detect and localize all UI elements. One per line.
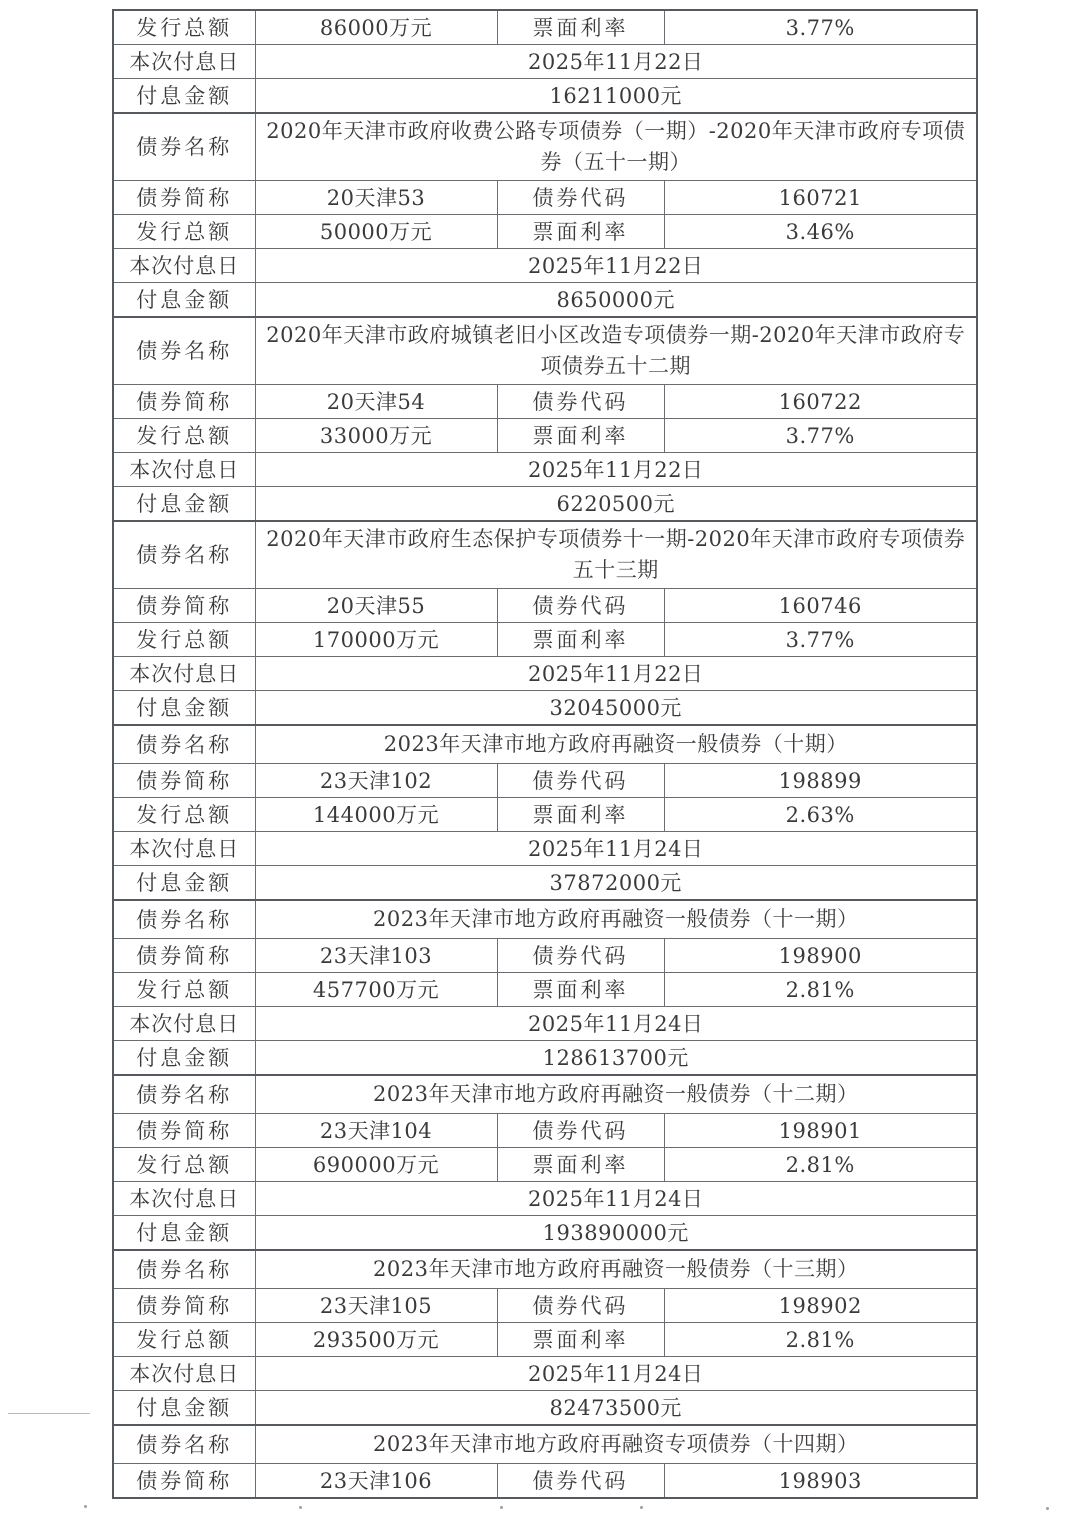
table-row-pay-amount: 付息金额 37872000元	[113, 866, 977, 901]
issue-total-value: 33000万元	[255, 419, 497, 453]
label-bond-name: 债券名称	[113, 1075, 255, 1114]
bond-code-value: 198903	[664, 1464, 977, 1499]
table-row-issue-total: 发行总额 50000万元 票面利率 3.46%	[113, 215, 977, 249]
coupon-rate-value: 2.81%	[664, 1148, 977, 1182]
label-pay-date: 本次付息日	[113, 1357, 255, 1391]
label-issue-total: 发行总额	[113, 973, 255, 1007]
label-bond-name: 债券名称	[113, 1250, 255, 1289]
bond-code-value: 160746	[664, 589, 977, 623]
bond-name-value: 2023年天津市地方政府再融资一般债券（十期）	[255, 725, 977, 764]
label-pay-amount: 付息金额	[113, 1041, 255, 1076]
label-bond-code: 债券代码	[497, 1114, 664, 1148]
label-short-name: 债券简称	[113, 181, 255, 215]
table-row-bond-name: 债券名称 2020年天津市政府城镇老旧小区改造专项债券一期-2020年天津市政府…	[113, 317, 977, 385]
bond-name-value: 2020年天津市政府城镇老旧小区改造专项债券一期-2020年天津市政府专项债券五…	[255, 317, 977, 385]
label-issue-total: 发行总额	[113, 419, 255, 453]
label-issue-total: 发行总额	[113, 798, 255, 832]
label-short-name: 债券简称	[113, 1114, 255, 1148]
label-issue-total: 发行总额	[113, 10, 255, 45]
pay-date-value: 2025年11月22日	[255, 657, 977, 691]
table-row-issue-total: 发行总额 690000万元 票面利率 2.81%	[113, 1148, 977, 1182]
short-name-value: 20天津54	[255, 385, 497, 419]
pay-amount-value: 193890000元	[255, 1216, 977, 1251]
pay-date-value: 2025年11月24日	[255, 1182, 977, 1216]
short-name-value: 23天津106	[255, 1464, 497, 1499]
table-row-pay-date: 本次付息日 2025年11月24日	[113, 1007, 977, 1041]
short-name-value: 20天津53	[255, 181, 497, 215]
label-pay-date: 本次付息日	[113, 1007, 255, 1041]
issue-total-value: 50000万元	[255, 215, 497, 249]
pay-date-value: 2025年11月24日	[255, 832, 977, 866]
scan-speck	[500, 1506, 503, 1509]
label-bond-name: 债券名称	[113, 521, 255, 589]
label-pay-date: 本次付息日	[113, 832, 255, 866]
table-row-issue-total: 发行总额 86000万元 票面利率 3.77%	[113, 10, 977, 45]
margin-mark	[8, 1413, 90, 1414]
coupon-rate-value: 2.81%	[664, 1323, 977, 1357]
label-pay-amount: 付息金额	[113, 487, 255, 522]
table-row-pay-date: 本次付息日 2025年11月24日	[113, 832, 977, 866]
label-bond-code: 债券代码	[497, 1289, 664, 1323]
short-name-value: 23天津102	[255, 764, 497, 798]
table-row-pay-amount: 付息金额 82473500元	[113, 1391, 977, 1426]
label-pay-amount: 付息金额	[113, 1216, 255, 1251]
table-row-pay-amount: 付息金额 16211000元	[113, 79, 977, 114]
table-row-short-name: 债券简称 23天津102 债券代码 198899	[113, 764, 977, 798]
bond-name-value: 2023年天津市地方政府再融资专项债券（十四期）	[255, 1425, 977, 1464]
label-bond-code: 债券代码	[497, 181, 664, 215]
short-name-value: 23天津104	[255, 1114, 497, 1148]
coupon-rate-value: 2.63%	[664, 798, 977, 832]
issue-total-value: 170000万元	[255, 623, 497, 657]
label-issue-total: 发行总额	[113, 623, 255, 657]
table-row-pay-amount: 付息金额 128613700元	[113, 1041, 977, 1076]
label-pay-amount: 付息金额	[113, 283, 255, 318]
label-bond-name: 债券名称	[113, 900, 255, 939]
table-row-issue-total: 发行总额 33000万元 票面利率 3.77%	[113, 419, 977, 453]
label-coupon-rate: 票面利率	[497, 10, 664, 45]
label-short-name: 债券简称	[113, 764, 255, 798]
scan-speck	[299, 1506, 302, 1509]
table-row-short-name: 债券简称 20天津55 债券代码 160746	[113, 589, 977, 623]
bond-name-value: 2023年天津市地方政府再融资一般债券（十二期）	[255, 1075, 977, 1114]
pay-date-value: 2025年11月22日	[255, 45, 977, 79]
table-row-short-name: 债券简称 23天津106 债券代码 198903	[113, 1464, 977, 1499]
bond-code-value: 160721	[664, 181, 977, 215]
table-row-pay-amount: 付息金额 193890000元	[113, 1216, 977, 1251]
label-coupon-rate: 票面利率	[497, 973, 664, 1007]
table-row-issue-total: 发行总额 144000万元 票面利率 2.63%	[113, 798, 977, 832]
label-bond-name: 债券名称	[113, 1425, 255, 1464]
bond-interest-table: 发行总额 86000万元 票面利率 3.77% 本次付息日 2025年11月22…	[112, 9, 978, 1499]
coupon-rate-value: 3.46%	[664, 215, 977, 249]
scan-speck	[84, 1505, 87, 1508]
table-row-short-name: 债券简称 23天津104 债券代码 198901	[113, 1114, 977, 1148]
coupon-rate-value: 3.77%	[664, 10, 977, 45]
table-row-bond-name: 债券名称 2023年天津市地方政府再融资一般债券（十三期）	[113, 1250, 977, 1289]
pay-date-value: 2025年11月24日	[255, 1357, 977, 1391]
table-row-bond-name: 债券名称 2020年天津市政府生态保护专项债券十一期-2020年天津市政府专项债…	[113, 521, 977, 589]
label-issue-total: 发行总额	[113, 215, 255, 249]
table-row-bond-name: 债券名称 2023年天津市地方政府再融资专项债券（十四期）	[113, 1425, 977, 1464]
table-row-bond-name: 债券名称 2023年天津市地方政府再融资一般债券（十一期）	[113, 900, 977, 939]
label-bond-code: 债券代码	[497, 764, 664, 798]
label-bond-code: 债券代码	[497, 1464, 664, 1499]
pay-date-value: 2025年11月22日	[255, 453, 977, 487]
label-pay-date: 本次付息日	[113, 249, 255, 283]
pay-date-value: 2025年11月22日	[255, 249, 977, 283]
label-coupon-rate: 票面利率	[497, 419, 664, 453]
label-bond-name: 债券名称	[113, 317, 255, 385]
issue-total-value: 293500万元	[255, 1323, 497, 1357]
bond-code-value: 198900	[664, 939, 977, 973]
label-pay-date: 本次付息日	[113, 45, 255, 79]
label-coupon-rate: 票面利率	[497, 623, 664, 657]
table-row-pay-date: 本次付息日 2025年11月22日	[113, 45, 977, 79]
coupon-rate-value: 3.77%	[664, 623, 977, 657]
pay-amount-value: 128613700元	[255, 1041, 977, 1076]
table-row-short-name: 债券简称 20天津53 债券代码 160721	[113, 181, 977, 215]
bond-code-value: 198902	[664, 1289, 977, 1323]
label-issue-total: 发行总额	[113, 1323, 255, 1357]
table-row-bond-name: 债券名称 2023年天津市地方政府再融资一般债券（十期）	[113, 725, 977, 764]
table-row-pay-amount: 付息金额 8650000元	[113, 283, 977, 318]
issue-total-value: 86000万元	[255, 10, 497, 45]
short-name-value: 23天津105	[255, 1289, 497, 1323]
label-pay-amount: 付息金额	[113, 1391, 255, 1426]
label-pay-date: 本次付息日	[113, 1182, 255, 1216]
label-bond-code: 债券代码	[497, 385, 664, 419]
label-short-name: 债券简称	[113, 385, 255, 419]
coupon-rate-value: 2.81%	[664, 973, 977, 1007]
label-bond-name: 债券名称	[113, 113, 255, 181]
pay-amount-value: 16211000元	[255, 79, 977, 114]
bond-name-value: 2020年天津市政府生态保护专项债券十一期-2020年天津市政府专项债券五十三期	[255, 521, 977, 589]
label-issue-total: 发行总额	[113, 1148, 255, 1182]
bond-name-value: 2023年天津市地方政府再融资一般债券（十一期）	[255, 900, 977, 939]
coupon-rate-value: 3.77%	[664, 419, 977, 453]
table-row-pay-amount: 付息金额 32045000元	[113, 691, 977, 726]
label-pay-date: 本次付息日	[113, 453, 255, 487]
pay-date-value: 2025年11月24日	[255, 1007, 977, 1041]
bond-name-value: 2023年天津市地方政府再融资一般债券（十三期）	[255, 1250, 977, 1289]
table-row-bond-name: 债券名称 2023年天津市地方政府再融资一般债券（十二期）	[113, 1075, 977, 1114]
label-pay-amount: 付息金额	[113, 691, 255, 726]
label-pay-amount: 付息金额	[113, 866, 255, 901]
issue-total-value: 144000万元	[255, 798, 497, 832]
table-row-bond-name: 债券名称 2020年天津市政府收费公路专项债券（一期）-2020年天津市政府专项…	[113, 113, 977, 181]
table-row-issue-total: 发行总额 293500万元 票面利率 2.81%	[113, 1323, 977, 1357]
label-bond-code: 债券代码	[497, 939, 664, 973]
issue-total-value: 457700万元	[255, 973, 497, 1007]
short-name-value: 23天津103	[255, 939, 497, 973]
label-short-name: 债券简称	[113, 939, 255, 973]
pay-amount-value: 6220500元	[255, 487, 977, 522]
label-pay-amount: 付息金额	[113, 79, 255, 114]
table-row-short-name: 债券简称 23天津105 债券代码 198902	[113, 1289, 977, 1323]
table-row-pay-date: 本次付息日 2025年11月22日	[113, 657, 977, 691]
bond-code-value: 198901	[664, 1114, 977, 1148]
label-short-name: 债券简称	[113, 1289, 255, 1323]
bond-code-value: 160722	[664, 385, 977, 419]
scan-speck	[1046, 1507, 1049, 1510]
bond-name-value: 2020年天津市政府收费公路专项债券（一期）-2020年天津市政府专项债券（五十…	[255, 113, 977, 181]
pay-amount-value: 82473500元	[255, 1391, 977, 1426]
table-row-pay-date: 本次付息日 2025年11月24日	[113, 1182, 977, 1216]
bond-code-value: 198899	[664, 764, 977, 798]
table-row-short-name: 债券简称 23天津103 债券代码 198900	[113, 939, 977, 973]
label-bond-name: 债券名称	[113, 725, 255, 764]
table-row-issue-total: 发行总额 457700万元 票面利率 2.81%	[113, 973, 977, 1007]
table-row-pay-date: 本次付息日 2025年11月24日	[113, 1357, 977, 1391]
scan-speck	[640, 1506, 643, 1509]
label-coupon-rate: 票面利率	[497, 798, 664, 832]
label-short-name: 债券简称	[113, 589, 255, 623]
table-row-pay-amount: 付息金额 6220500元	[113, 487, 977, 522]
short-name-value: 20天津55	[255, 589, 497, 623]
label-bond-code: 债券代码	[497, 589, 664, 623]
label-short-name: 债券简称	[113, 1464, 255, 1499]
table-row-short-name: 债券简称 20天津54 债券代码 160722	[113, 385, 977, 419]
pay-amount-value: 37872000元	[255, 866, 977, 901]
pay-amount-value: 32045000元	[255, 691, 977, 726]
table-row-pay-date: 本次付息日 2025年11月22日	[113, 249, 977, 283]
pay-amount-value: 8650000元	[255, 283, 977, 318]
label-pay-date: 本次付息日	[113, 657, 255, 691]
issue-total-value: 690000万元	[255, 1148, 497, 1182]
label-coupon-rate: 票面利率	[497, 215, 664, 249]
label-coupon-rate: 票面利率	[497, 1323, 664, 1357]
table-row-issue-total: 发行总额 170000万元 票面利率 3.77%	[113, 623, 977, 657]
table-row-pay-date: 本次付息日 2025年11月22日	[113, 453, 977, 487]
label-coupon-rate: 票面利率	[497, 1148, 664, 1182]
